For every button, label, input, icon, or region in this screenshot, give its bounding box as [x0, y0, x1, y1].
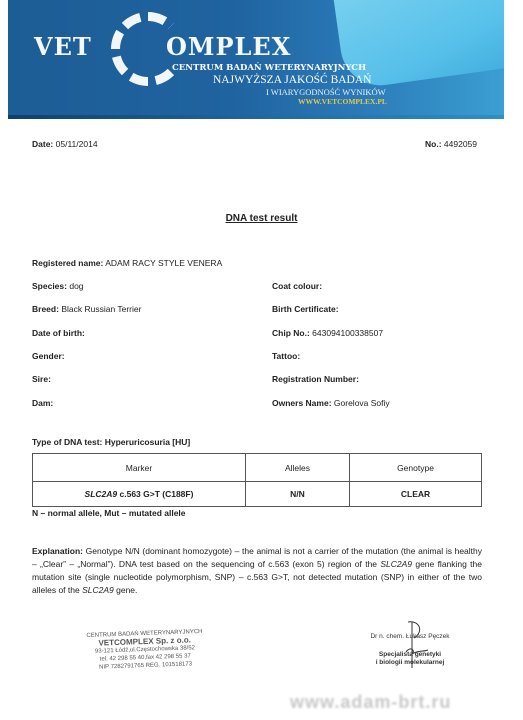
breed-field: Breed: Black Russian Terrier: [32, 304, 141, 314]
breed-value: Black Russian Terrier: [61, 304, 141, 314]
company-stamp: CENTRUM BADAŃ WETERYNARYJNYCH VETCOMPLEX…: [79, 628, 210, 673]
registered-name-value: ADAM RACY STYLE VENERA: [105, 258, 222, 268]
signature-block: Dr n. chem. Łukasz Pęczek Specjalista ge…: [340, 633, 480, 667]
date-of-birth-field: Date of birth:: [32, 328, 85, 338]
column-header-genotype: Genotype: [350, 454, 482, 482]
registration-number-field: Registration Number:: [272, 374, 359, 384]
birth-certificate-field: Birth Certificate:: [272, 304, 339, 314]
registered-name-field: Registered name: ADAM RACY STYLE VENERA: [32, 258, 222, 268]
signatory-name: Dr n. chem. Łukasz Pęczek: [340, 633, 480, 641]
column-header-alleles: Alleles: [246, 454, 350, 482]
gender-label: Gender:: [32, 351, 65, 361]
date-label: Date:: [32, 139, 53, 149]
dna-result-table: Marker Alleles Genotype SLC2A9 c.563 G>T…: [32, 453, 482, 507]
date-of-birth-label: Date of birth:: [32, 328, 85, 338]
date-field: Date: 05/11/2014: [32, 139, 98, 149]
species-label: Species:: [32, 281, 67, 291]
test-type-field: Type of DNA test: Hyperuricosuria [HU]: [32, 437, 190, 447]
tagline-reliability: I WIARYGODNOŚĆ WYNIKÓW: [266, 87, 386, 97]
explanation-label: Explanation:: [32, 546, 83, 556]
logo-text-omplex: OMPLEX: [166, 32, 291, 61]
test-type-label: Type of DNA test:: [32, 437, 102, 447]
genotype-cell: CLEAR: [350, 482, 482, 507]
owners-name-field: Owners Name: Gorelova Sofiy: [272, 398, 390, 408]
number-value: 4492059: [444, 139, 477, 149]
document-title: DNA test result: [0, 213, 523, 224]
chip-number-label: Chip No.:: [272, 328, 310, 338]
owners-name-label: Owners Name:: [272, 398, 332, 408]
explanation-text-3: gene.: [114, 585, 138, 595]
birth-certificate-label: Birth Certificate:: [272, 304, 339, 314]
column-header-marker: Marker: [33, 454, 246, 482]
dam-field: Dam:: [32, 398, 53, 408]
species-value: dog: [69, 281, 83, 291]
explanation-gene-1: SLC2A9: [380, 559, 412, 569]
table-row: SLC2A9 c.563 G>T (C188F) N/N CLEAR: [33, 482, 482, 507]
number-label: No.:: [425, 139, 442, 149]
registered-name-label: Registered name:: [32, 258, 103, 268]
coat-colour-field: Coat colour:: [272, 281, 322, 291]
allele-legend: N – normal allele, Mut – mutated allele: [32, 508, 186, 518]
tagline-quality: NAJWYŻSZA JAKOŚĆ BADAŃ: [213, 74, 371, 86]
alleles-cell: N/N: [246, 482, 350, 507]
marker-cell: SLC2A9 c.563 G>T (C188F): [33, 482, 246, 507]
sire-label: Sire:: [32, 374, 51, 384]
explanation-paragraph: Explanation: Genotype N/N (dominant homo…: [32, 545, 482, 597]
sire-field: Sire:: [32, 374, 51, 384]
letterhead-banner: VET OMPLEX CENTRUM BADAŃ WETERYNARYJNYCH…: [8, 0, 504, 119]
tattoo-field: Tattoo:: [272, 351, 300, 361]
number-field: No.: 4492059: [425, 139, 477, 149]
explanation-gene-2: SLC2A9: [82, 585, 114, 595]
tattoo-label: Tattoo:: [272, 351, 300, 361]
marker-gene: SLC2A9: [85, 489, 118, 499]
test-type-value: Hyperuricosuria [HU]: [105, 437, 191, 447]
breed-label: Breed:: [32, 304, 59, 314]
registration-number-label: Registration Number:: [272, 374, 359, 384]
chip-number-value: 643094100338507: [312, 328, 383, 338]
species-field: Species: dog: [32, 281, 84, 291]
watermark-text: www.adam-brt.ru: [290, 692, 451, 713]
tagline-center: CENTRUM BADAŃ WETERYNARYJNYCH: [172, 63, 366, 73]
website-link[interactable]: WWW.VETCOMPLEX.PL: [298, 97, 387, 106]
signatory-title-2: i biologii molekularnej: [340, 659, 480, 667]
marker-variant: c.563 G>T (C188F): [117, 489, 193, 499]
banner-divider: [8, 115, 504, 119]
signatory-title-1: Specjalista genetyki: [340, 651, 480, 659]
gender-field: Gender:: [32, 351, 65, 361]
table-header-row: Marker Alleles Genotype: [33, 454, 482, 482]
logo-text-vet: VET: [34, 32, 92, 61]
owners-name-value: Gorelova Sofiy: [334, 398, 390, 408]
date-value: 05/11/2014: [56, 139, 98, 149]
chip-number-field: Chip No.: 643094100338507: [272, 328, 383, 338]
dam-label: Dam:: [32, 398, 53, 408]
coat-colour-label: Coat colour:: [272, 281, 322, 291]
